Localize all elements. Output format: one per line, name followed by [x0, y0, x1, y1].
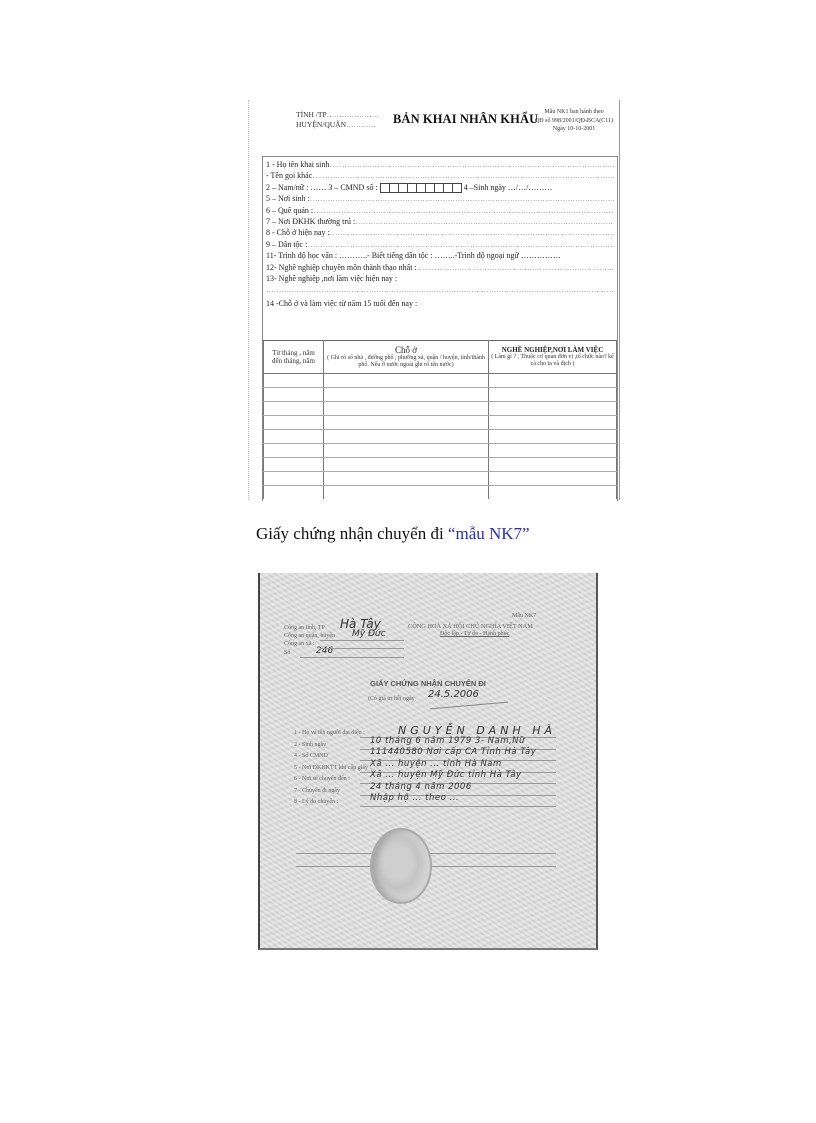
- field-label: 13- Nghề nghiệp ,nơi làm việc hiện nay :: [266, 274, 397, 283]
- nk1-header: TỈNH /TP………………… HUYỆN/QUẬN………… BẢN KHAI …: [248, 106, 620, 146]
- col-residence: Chỗ ở ( Ghi rõ số nhà , đường phố , phườ…: [324, 341, 489, 374]
- field-label: 7 – Nơi ĐKHK thường trú :: [266, 217, 355, 226]
- nk7-row-label: 8 - Lý do chuyển :: [294, 799, 338, 806]
- ref-line: Ngày 10-10-2001: [528, 125, 620, 134]
- form-field: 12- Nghề nghiệp chuyên môn thành thạo nh…: [266, 262, 614, 273]
- table-row: [264, 444, 617, 458]
- form-field: - Tên gọi khác………………………………………………………………………: [266, 170, 614, 181]
- table-cell: [489, 416, 617, 430]
- caption-highlight: “mẫu NK7”: [448, 524, 530, 543]
- table-cell: [264, 374, 324, 388]
- field-label: 2 – Nam/nữ : …… 3 – CMND số :: [266, 183, 378, 192]
- nk7-row-label: 7 - Chuyển đi ngày: [294, 788, 340, 795]
- nk1-form-image: TỈNH /TP………………… HUYỆN/QUẬN………… BẢN KHAI …: [248, 100, 620, 500]
- underline: [320, 640, 404, 641]
- table-cell: [324, 416, 489, 430]
- ref-line: Mẫu NK1 ban hành theo: [528, 108, 620, 117]
- table-cell: [264, 388, 324, 402]
- col-period: Từ tháng , năm đến tháng, năm: [264, 341, 324, 374]
- table-row: [264, 416, 617, 430]
- nk7-row-label: 4 - Số CMND: [294, 753, 328, 760]
- table-cell: [489, 486, 617, 500]
- field-label: 9 – Dân tộc :: [266, 240, 307, 249]
- nk7-row-label: 6 - Nơi sẽ chuyển đến :: [294, 776, 350, 783]
- table-cell: [264, 486, 324, 500]
- nk1-field-box: 1 - Họ tên khai sinh………………………………………………………: [262, 156, 618, 501]
- district-label: HUYỆN/QUẬN: [296, 120, 346, 129]
- form-field: ……………………………………………………………………………………………………………: [266, 284, 614, 298]
- col-title: NGHỀ NGHIỆP,NƠI LÀM VIỆC: [489, 347, 616, 354]
- table-row: [264, 486, 617, 500]
- table-row: [264, 430, 617, 444]
- nk7-row-label: 1 - Họ và tên người đại diện :: [294, 730, 365, 737]
- nk7-row-value: Xã ... huyện Mỹ Đức tỉnh Hà Tây: [370, 770, 522, 780]
- underline: [360, 806, 556, 807]
- form-field: 7 – Nơi ĐKHK thường trú :…………………………………………: [266, 216, 614, 227]
- col-title: Chỗ ở: [324, 345, 488, 355]
- scan-edge: [248, 100, 250, 500]
- official-stamp: [370, 828, 432, 904]
- field-label: 6 – Quê quán :: [266, 206, 313, 215]
- form-field: 6 – Quê quán :………………………………………………………………………: [266, 205, 614, 216]
- form-code: Mẫu NK7: [512, 613, 536, 620]
- table-cell: [324, 402, 489, 416]
- table-cell: [264, 416, 324, 430]
- nk7-row-value: Xã ... huyện ... tỉnh Hà Nam: [370, 759, 502, 769]
- field-label: - Tên gọi khác: [266, 171, 312, 180]
- form-field: 5 – Nơi sinh :………………………………………………………………………: [266, 193, 614, 204]
- id-number-boxes: [380, 183, 462, 193]
- table-cell: [264, 458, 324, 472]
- nk7-row-value: 24 tháng 4 năm 2006: [370, 782, 472, 792]
- table-cell: [489, 430, 617, 444]
- field-label: 12- Nghề nghiệp chuyên môn thành thạo nh…: [266, 263, 417, 272]
- table-cell: [264, 444, 324, 458]
- table-row: [264, 472, 617, 486]
- table-cell: [324, 444, 489, 458]
- table-cell: [264, 430, 324, 444]
- table-cell: [324, 388, 489, 402]
- nk1-location: TỈNH /TP………………… HUYỆN/QUẬN…………: [296, 110, 379, 130]
- table-row: [264, 402, 617, 416]
- province-label: TỈNH /TP: [296, 110, 327, 119]
- scan-edge: [619, 100, 620, 500]
- col-title: Từ tháng , năm: [264, 349, 323, 357]
- field-label: 14 -Chỗ ở và làm việc từ năm 15 tuổi đến…: [266, 299, 417, 308]
- field-label: 1 - Họ tên khai sinh: [266, 160, 329, 169]
- form-field: 13- Nghề nghiệp ,nơi làm việc hiện nay :: [266, 273, 614, 284]
- form-field: 14 -Chỗ ở và làm việc từ năm 15 tuổi đến…: [266, 298, 614, 309]
- caption-text: Giấy chứng nhận chuyển đi: [256, 524, 448, 543]
- nk7-row-value: 111440580 Nơi cấp CA Tỉnh Hà Tây: [370, 747, 536, 757]
- table-cell: [489, 458, 617, 472]
- table-cell: [264, 472, 324, 486]
- ref-line: QĐ số 998/2001/QĐ-BCA(C11): [528, 117, 620, 126]
- police-district-label: Công an quận, huyện: [284, 633, 335, 640]
- table-row: [264, 458, 617, 472]
- table-cell: [489, 374, 617, 388]
- form-field: 1 - Họ tên khai sinh………………………………………………………: [266, 159, 614, 170]
- nk7-row-value: 10 tháng 6 năm 1979 3- Nam,Nữ: [370, 736, 525, 746]
- form-field: 11- Trình độ học vấn : ………..- Biết tiếng…: [266, 250, 614, 261]
- table-cell: [489, 444, 617, 458]
- nk7-title: GIẤY CHỨNG NHẬN CHUYỂN ĐI: [260, 679, 596, 688]
- table-cell: [324, 430, 489, 444]
- table-cell: [489, 402, 617, 416]
- police-province-label: Công an tỉnh, TP: [284, 625, 325, 632]
- field-label: 11- Trình độ học vấn : ………..- Biết tiếng…: [266, 251, 561, 260]
- republic-heading: CỘNG HOÀ XÃ HỘI CHỦ NGHĨA VIỆT NAM: [408, 623, 533, 630]
- col-subtitle: đến tháng, năm: [264, 357, 323, 365]
- col-occupation: NGHỀ NGHIỆP,NƠI LÀM VIỆC ( Làm gì ? , Th…: [489, 341, 617, 374]
- field-label: 5 – Nơi sinh :: [266, 194, 310, 203]
- nk1-reference: Mẫu NK1 ban hành theo QĐ số 998/2001/QĐ-…: [528, 108, 620, 134]
- history-table: Từ tháng , năm đến tháng, năm Chỗ ở ( Gh…: [263, 340, 617, 499]
- motto: Độc lập - Tự do - Hạnh phúc: [440, 631, 509, 638]
- validity-label: (Có giá trị hết ngày: [368, 696, 415, 702]
- table-cell: [489, 388, 617, 402]
- nk7-row-value: Nhập hộ ... theo ...: [370, 793, 459, 803]
- number-label: Số: [284, 650, 290, 657]
- nk7-caption: Giấy chứng nhận chuyển đi “mẫu NK7”: [256, 524, 530, 544]
- table-cell: [489, 472, 617, 486]
- field-label: 8 - Chỗ ở hiện nay :: [266, 228, 330, 237]
- table-row: [264, 388, 617, 402]
- table-row: [264, 374, 617, 388]
- nk7-form-image: Mẫu NK7 Công an tỉnh, TP Hà Tây Công an …: [258, 573, 598, 950]
- underline: [320, 648, 404, 649]
- field-label: 4 –Sinh ngày …/…/………: [464, 183, 553, 192]
- form-field: 8 - Chỗ ở hiện nay :………………………………………………………: [266, 227, 614, 238]
- table-cell: [324, 374, 489, 388]
- table-cell: [324, 458, 489, 472]
- police-commune-label: Công an xã :: [284, 641, 315, 648]
- nk1-title: BẢN KHAI NHÂN KHẨU: [393, 112, 538, 127]
- nk7-row-label: 2 - Sinh ngày: [294, 742, 326, 749]
- underline: [300, 657, 404, 658]
- validity-value: 24.5.2006: [428, 689, 479, 700]
- nk7-row-label: 5 - Nơi ĐKHKTT khi cấp giấy :: [294, 765, 371, 772]
- validity: (Có giá trị hết ngày: [368, 696, 415, 702]
- police-district-value: Mỹ Đức: [352, 629, 386, 639]
- table-cell: [324, 486, 489, 500]
- form-field: 2 – Nam/nữ : …… 3 – CMND số :4 –Sinh ngà…: [266, 182, 614, 193]
- col-subtitle: ( Ghi rõ số nhà , đường phố , phường xã,…: [327, 355, 485, 368]
- nk1-fields: 1 - Họ tên khai sinh………………………………………………………: [266, 159, 614, 310]
- underline: [430, 702, 508, 710]
- table-cell: [264, 402, 324, 416]
- table-cell: [324, 472, 489, 486]
- form-field: 9 – Dân tộc :…………………………………………………………………………: [266, 239, 614, 250]
- col-subtitle: ( Làm gì ? , Thuộc cơ quan đơn vị ,tổ ch…: [491, 354, 614, 367]
